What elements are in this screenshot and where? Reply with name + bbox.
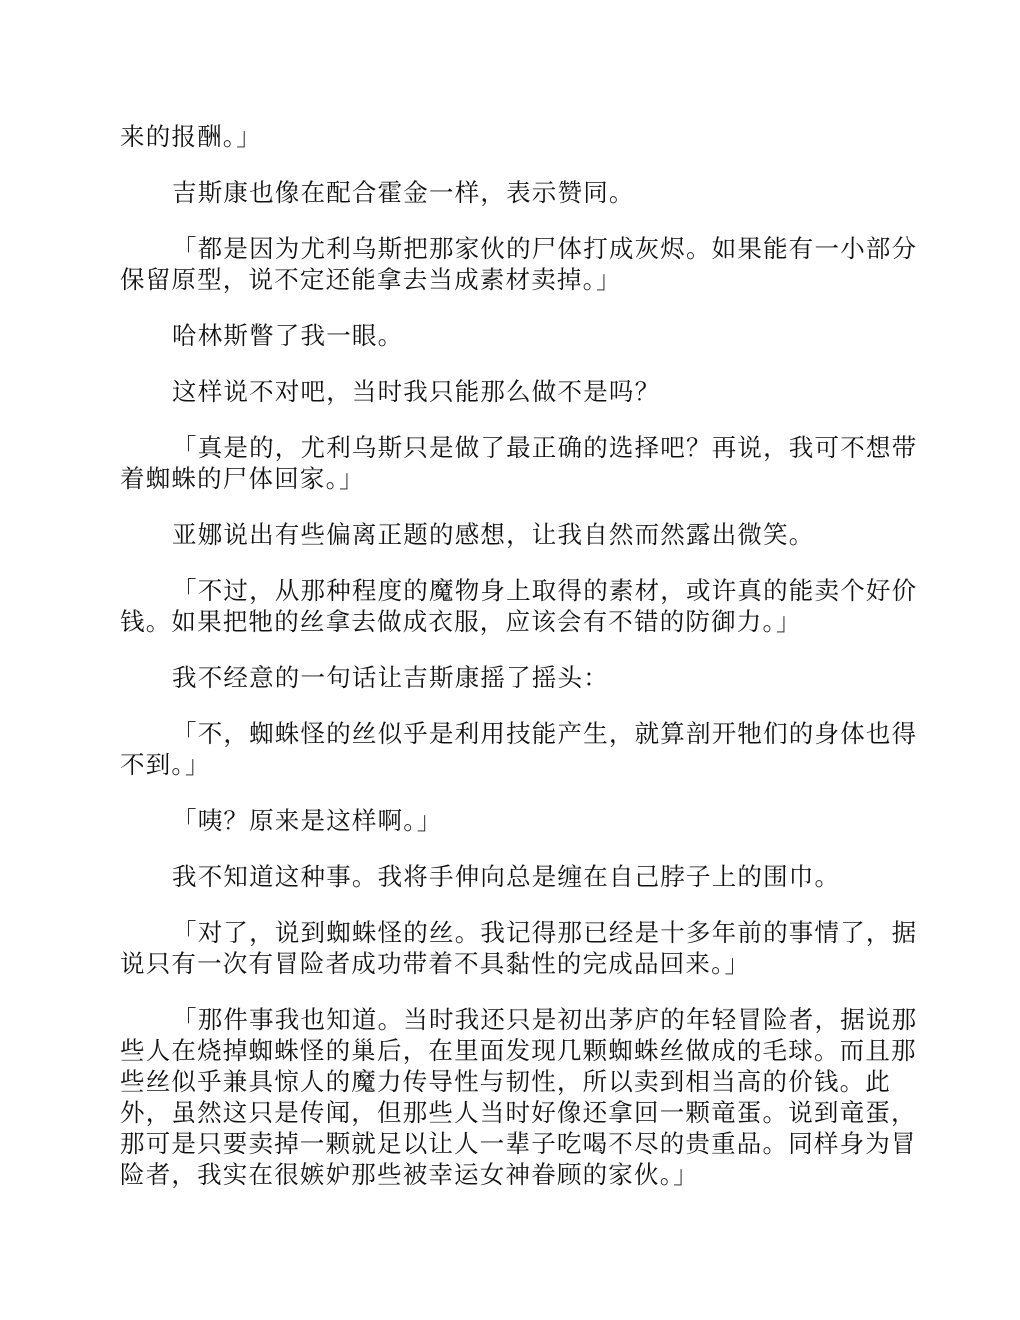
text-line: 些丝似乎兼具惊人的魔力传导性与韧性，所以卖到相当高的价钱。此	[120, 1066, 900, 1097]
paragraph: 「咦？原来是这样啊。」	[120, 805, 900, 836]
text-line: 不到。」	[120, 749, 900, 780]
paragraph: 吉斯康也像在配合霍金一样，表示赞同。	[120, 177, 900, 208]
paragraph: 「不，蜘蛛怪的丝似乎是利用技能产生，就算剖开牠们的身体也得 不到。」	[120, 718, 900, 780]
text-line: 哈林斯瞥了我一眼。	[120, 320, 900, 351]
paragraph: 亚娜说出有些偏离正题的感想，让我自然而然露出微笑。	[120, 519, 900, 550]
paragraph: 「对了，说到蜘蛛怪的丝。我记得那已经是十多年前的事情了，据 说只有一次有冒险者成…	[120, 917, 900, 979]
text-line: 说只有一次有冒险者成功带着不具黏性的完成品回来。」	[120, 948, 900, 979]
text-line: 「真是的，尤利乌斯只是做了最正确的选择吧？再说，我可不想带	[120, 432, 900, 463]
text-line: 些人在烧掉蜘蛛怪的巢后，在里面发现几颗蜘蛛丝做成的毛球。而且那	[120, 1035, 900, 1066]
text-line: 「那件事我也知道。当时我还只是初出茅庐的年轻冒险者，据说那	[120, 1004, 900, 1035]
text-line: 「都是因为尤利乌斯把那家伙的尸体打成灰烬。如果能有一小部分	[120, 233, 900, 264]
text-line: 险者，我实在很嫉妒那些被幸运女神眷顾的家伙。」	[120, 1159, 900, 1190]
text-line: 「不过，从那种程度的魔物身上取得的素材，或许真的能卖个好价	[120, 575, 900, 606]
paragraph: 「那件事我也知道。当时我还只是初出茅庐的年轻冒险者，据说那 些人在烧掉蜘蛛怪的巢…	[120, 1004, 900, 1190]
text-line: 亚娜说出有些偏离正题的感想，让我自然而然露出微笑。	[120, 519, 900, 550]
paragraph: 哈林斯瞥了我一眼。	[120, 320, 900, 351]
paragraph: 「真是的，尤利乌斯只是做了最正确的选择吧？再说，我可不想带 着蜘蛛的尸体回家。」	[120, 432, 900, 494]
paragraph: 「都是因为尤利乌斯把那家伙的尸体打成灰烬。如果能有一小部分 保留原型，说不定还能…	[120, 233, 900, 295]
paragraph: 我不经意的一句话让吉斯康摇了摇头：	[120, 662, 900, 693]
text-line: 「不，蜘蛛怪的丝似乎是利用技能产生，就算剖开牠们的身体也得	[120, 718, 900, 749]
paragraph: 我不知道这种事。我将手伸向总是缠在自己脖子上的围巾。	[120, 861, 900, 892]
text-line: 「咦？原来是这样啊。」	[120, 805, 900, 836]
text-line: 我不知道这种事。我将手伸向总是缠在自己脖子上的围巾。	[120, 861, 900, 892]
text-line: 钱。如果把牠的丝拿去做成衣服，应该会有不错的防御力。」	[120, 606, 900, 637]
document-page: 来的报酬。」 吉斯康也像在配合霍金一样，表示赞同。 「都是因为尤利乌斯把那家伙的…	[120, 121, 900, 1215]
text-line: 吉斯康也像在配合霍金一样，表示赞同。	[120, 177, 900, 208]
paragraph: 这样说不对吧，当时我只能那么做不是吗？	[120, 376, 900, 407]
text-line: 那可是只要卖掉一颗就足以让人一辈子吃喝不尽的贵重品。同样身为冒	[120, 1128, 900, 1159]
text-line: 保留原型，说不定还能拿去当成素材卖掉。」	[120, 264, 900, 295]
text-line: 「对了，说到蜘蛛怪的丝。我记得那已经是十多年前的事情了，据	[120, 917, 900, 948]
text-line: 这样说不对吧，当时我只能那么做不是吗？	[120, 376, 900, 407]
paragraph: 「不过，从那种程度的魔物身上取得的素材，或许真的能卖个好价 钱。如果把牠的丝拿去…	[120, 575, 900, 637]
paragraph: 来的报酬。」	[120, 121, 900, 152]
text-line: 外，虽然这只是传闻，但那些人当时好像还拿回一颗竜蛋。说到竜蛋，	[120, 1097, 900, 1128]
text-line: 来的报酬。」	[120, 121, 900, 152]
text-line: 我不经意的一句话让吉斯康摇了摇头：	[120, 662, 900, 693]
text-line: 着蜘蛛的尸体回家。」	[120, 463, 900, 494]
